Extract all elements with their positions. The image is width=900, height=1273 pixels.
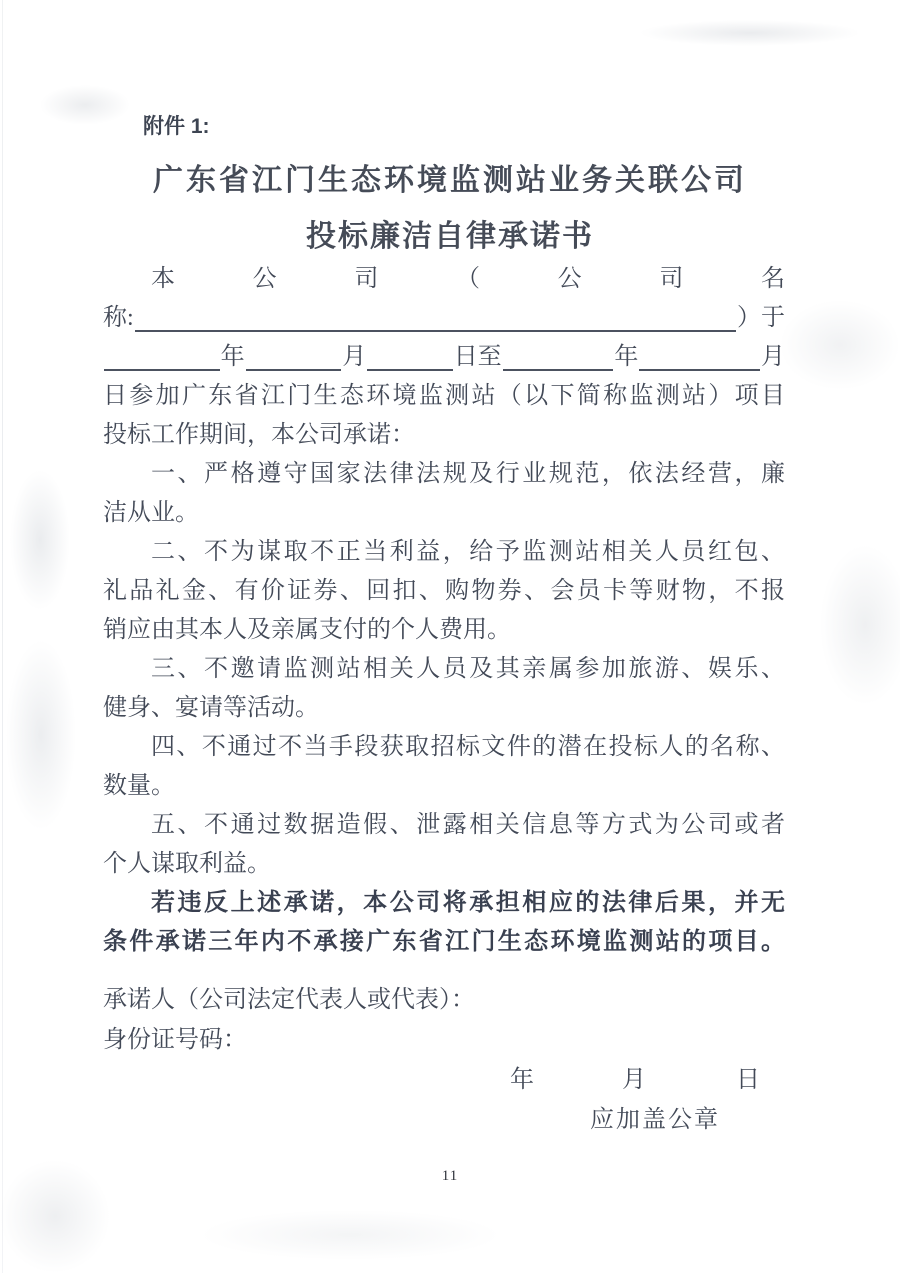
document-title-line-2: 投标廉洁自律承诺书 [0,214,900,260]
clause-line: 一、严格遵守国家法律法规及行业规范，依法经营，廉 [103,455,785,494]
scan-smudge [40,85,130,125]
day-to-label: 日至 [454,338,502,377]
document-title-line-1: 广东省江门生态环境监测站业务关联公司 [0,158,900,204]
clause-line: 健身、宴请等活动。 [103,689,785,728]
warning-clause-line: 若违反上述承诺，本公司将承担相应的法律后果，并无 [103,884,785,923]
scan-smudge [640,20,860,46]
scanned-document-page: 附件 1: 广东省江门生态环境监测站业务关联公司 投标廉洁自律承诺书 本公司（公… [0,0,900,1273]
opening-line-dates: 年 月 日至 年 月 [103,338,785,377]
signature-day-label: 日 [736,1060,760,1100]
opening-line-company: 本公司（公司名 [103,260,785,299]
scan-smudge [6,640,76,830]
id-number-line: 身份证号码： [103,1020,785,1060]
year-blank-underline [104,368,220,371]
clause-line: 三、不邀请监测站相关人员及其亲属参加旅游、娱乐、 [103,650,785,689]
clause-line: 四、不通过不当手段获取招标文件的潜在投标人的名称、 [103,728,785,767]
signature-month-label: 月 [622,1060,646,1100]
year-label-1: 年 [221,338,245,377]
clause-line: 五、不通过数据造假、泄露相关信息等方式为公司或者 [103,806,785,845]
promisor-line: 承诺人（公司法定代表人或代表）： [103,980,785,1020]
day-blank-underline [367,368,452,371]
company-name-prefix: 称: [103,299,134,338]
opening-line-company-name-blank: 称: ）于 [103,299,785,338]
signature-year-label: 年 [510,1060,534,1100]
stamp-note: 应加盖公章 [103,1100,785,1140]
clause-line: 二、不为谋取不正当利益，给予监测站相关人员红包、 [103,533,785,572]
company-name-suffix: ）于 [737,299,785,338]
scan-smudge [780,300,900,390]
signature-date-line: 年 月 日 [103,1060,785,1100]
page-number: 11 [0,1168,900,1185]
month-label-1: 月 [342,338,366,377]
scan-smudge [10,470,70,610]
month-blank-underline [246,368,342,371]
document-body: 本公司（公司名 称: ）于 年 月 日至 年 月 日参加广东省江门生态环境监测站… [103,260,785,962]
company-name-blank-underline [135,329,736,332]
clause-line: 个人谋取利益。 [103,845,785,884]
month-label-2: 月 [761,338,785,377]
clause-line: 数量。 [103,767,785,806]
opening-line-promise: 投标工作期间，本公司承诺： [103,416,785,455]
clause-line: 销应由其本人及亲属支付的个人费用。 [103,611,785,650]
year-label-2: 年 [614,338,638,377]
clause-line: 洁从业。 [103,494,785,533]
scan-smudge [200,1210,500,1260]
warning-clause-line: 条件承诺三年内不承接广东省江门生态环境监测站的项目。 [103,923,785,962]
clause-line: 礼品礼金、有价证券、回扣、购物券、会员卡等财物，不报 [103,572,785,611]
attachment-label: 附件 1: [143,112,785,142]
scan-smudge [820,545,900,705]
year2-blank-underline [503,368,614,371]
month2-blank-underline [639,368,760,371]
opening-line-project: 日参加广东省江门生态环境监测站（以下简称监测站）项目 [103,377,785,416]
